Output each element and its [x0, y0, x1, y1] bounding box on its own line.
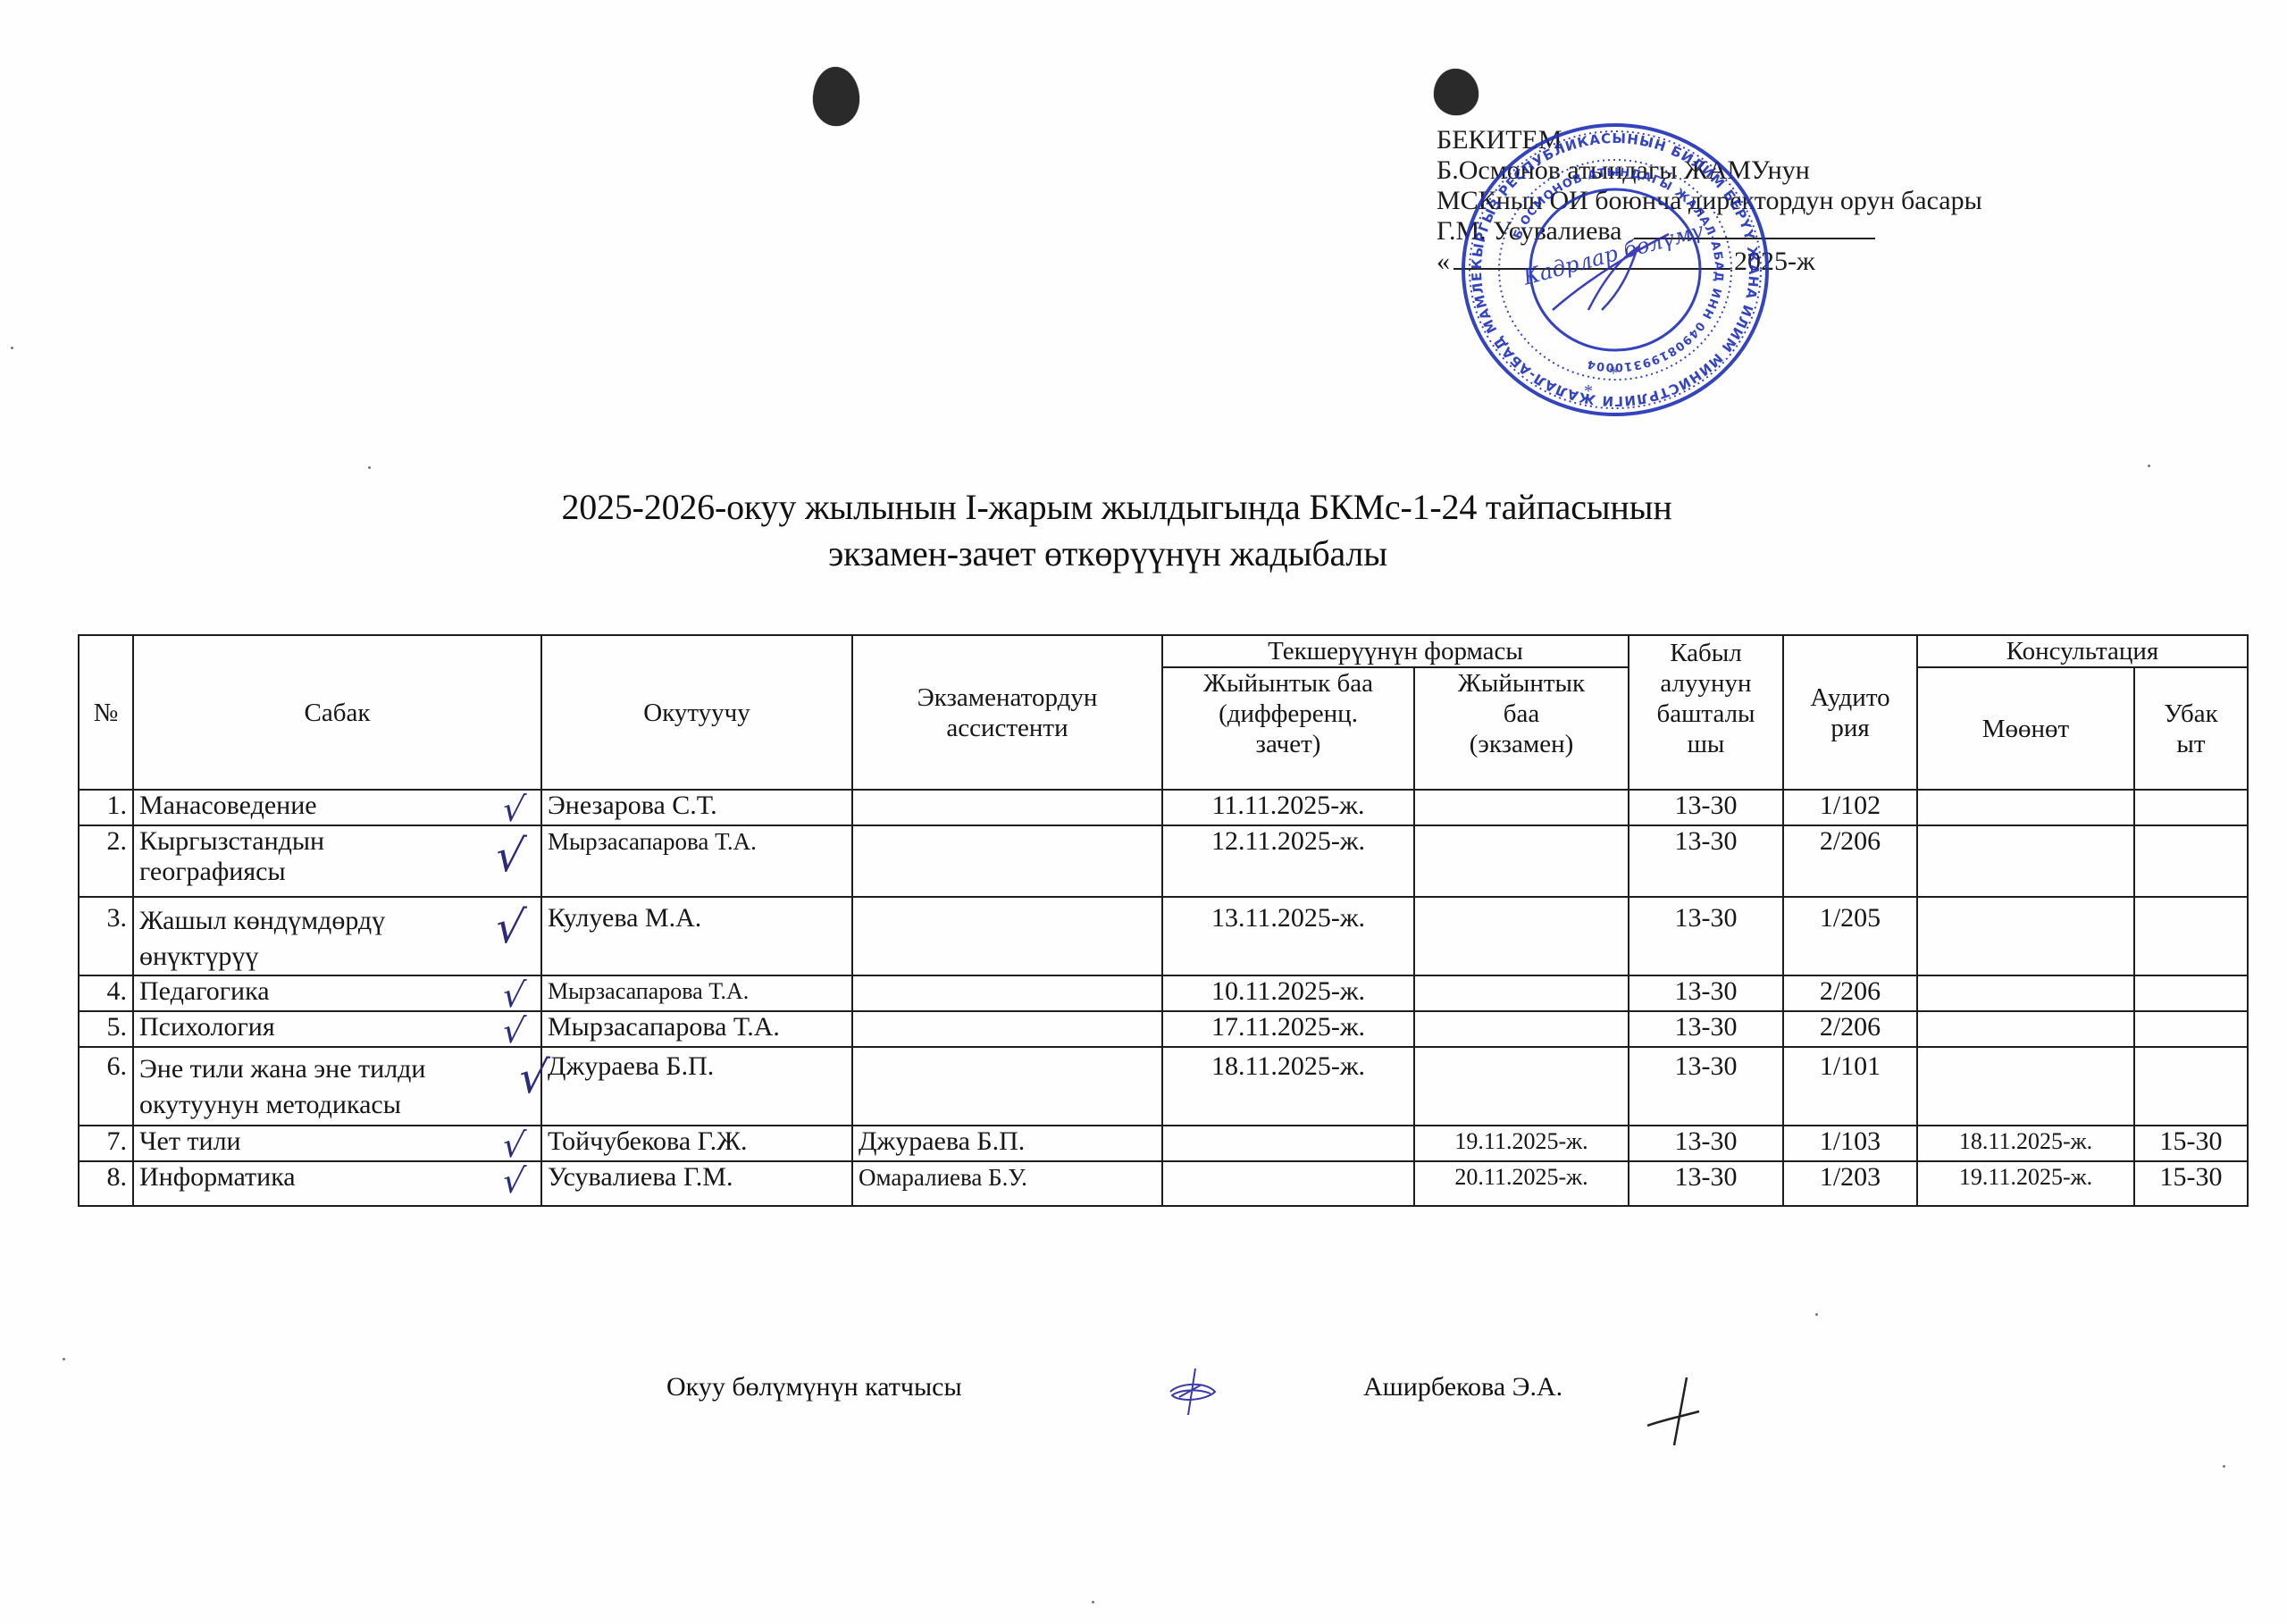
- row-subject: Чет тили√: [133, 1126, 541, 1161]
- row-start-time: 13-30: [1629, 1047, 1783, 1126]
- table-row: 2. Кыргызстандын географиясы√ Мырзасапар…: [79, 825, 2248, 897]
- row-consult-date: [1917, 897, 2134, 975]
- date-blank: [1453, 248, 1730, 270]
- row-assistant: Омаралиева Б.У.: [852, 1161, 1162, 1206]
- header-consult-date: Мөөнөт: [1917, 667, 2134, 790]
- row-credit-date: 12.11.2025-ж.: [1162, 825, 1414, 897]
- row-subject: Психология√: [133, 1011, 541, 1047]
- row-teacher: Тойчубекова Г.Ж.: [541, 1126, 852, 1161]
- table-row: 8. Информатика√ Усувалиева Г.М. Омаралие…: [79, 1161, 2248, 1206]
- header-subject: Сабак: [133, 635, 541, 790]
- row-exam-date: [1414, 1047, 1629, 1126]
- punch-hole-mark: [1434, 69, 1479, 115]
- row-consult-time: [2134, 975, 2248, 1011]
- row-consult-date: [1917, 825, 2134, 897]
- table-row: 6. Эне тили жана эне тилди окутуунун мет…: [79, 1047, 2248, 1126]
- row-num: 8.: [79, 1161, 133, 1206]
- row-room: 1/102: [1783, 790, 1917, 825]
- scan-speck: [2148, 465, 2150, 467]
- approval-signer: Г.М. Усувалиева: [1437, 216, 1621, 246]
- table-row: 5. Психология√ Мырзасапарова Т.А. 17.11.…: [79, 1011, 2248, 1047]
- row-num: 5.: [79, 1011, 133, 1047]
- row-start-time: 13-30: [1629, 790, 1783, 825]
- row-num: 1.: [79, 790, 133, 825]
- table-row: 1. Манасоведение√ Энезарова С.Т. 11.11.2…: [79, 790, 2248, 825]
- signature-icon: [1161, 1365, 1224, 1419]
- row-credit-date: [1162, 1161, 1414, 1206]
- scan-speck: [11, 347, 13, 349]
- table-header: № Сабак Окутуучу Экзаменатордун ассистен…: [79, 635, 2248, 790]
- row-num: 2.: [79, 825, 133, 897]
- exam-schedule-table: № Сабак Окутуучу Экзаменатордун ассистен…: [78, 634, 2249, 1207]
- row-consult-time: 15-30: [2134, 1126, 2248, 1161]
- header-start: Кабыл алуунун башталы шы: [1629, 635, 1783, 790]
- row-exam-date: [1414, 790, 1629, 825]
- row-room: 1/205: [1783, 897, 1917, 975]
- document-title: 2025-2026-окуу жылынын I-жарым жылдыгынд…: [0, 486, 2260, 529]
- table-row: 4. Педагогика√ Мырзасапарова Т.А. 10.11.…: [79, 975, 2248, 1011]
- table-body: 1. Манасоведение√ Энезарова С.Т. 11.11.2…: [79, 790, 2248, 1206]
- row-consult-time: 15-30: [2134, 1161, 2248, 1206]
- check-mark-icon: √: [500, 1128, 527, 1162]
- row-exam-date: [1414, 825, 1629, 897]
- scan-speck: [1092, 1601, 1094, 1603]
- check-mark-icon: √: [500, 1014, 527, 1048]
- row-num: 4.: [79, 975, 133, 1011]
- row-consult-time: [2134, 790, 2248, 825]
- check-mark-icon: √: [500, 978, 527, 1012]
- row-start-time: 13-30: [1629, 897, 1783, 975]
- row-credit-date: [1162, 1126, 1414, 1161]
- row-credit-date: 17.11.2025-ж.: [1162, 1011, 1414, 1047]
- header-assistant: Экзаменатордун ассистенти: [852, 635, 1162, 790]
- row-teacher: Энезарова С.Т.: [541, 790, 852, 825]
- row-teacher: Усувалиева Г.М.: [541, 1161, 852, 1206]
- row-consult-time: [2134, 897, 2248, 975]
- approval-date-line: «2025-ж: [1437, 247, 1982, 277]
- row-exam-date: 20.11.2025-ж.: [1414, 1161, 1629, 1206]
- row-subject: Информатика√: [133, 1161, 541, 1206]
- row-consult-date: [1917, 790, 2134, 825]
- row-consult-date: [1917, 975, 2134, 1011]
- header-form-credit: Жыйынтык баа (дифференц. зачет): [1162, 667, 1414, 790]
- row-start-time: 13-30: [1629, 1126, 1783, 1161]
- row-num: 7.: [79, 1126, 133, 1161]
- row-room: 2/206: [1783, 825, 1917, 897]
- document-subtitle: экзамен-зачет өткөрүүнүн жадыбалы: [0, 532, 2251, 575]
- row-start-time: 13-30: [1629, 975, 1783, 1011]
- row-exam-date: [1414, 975, 1629, 1011]
- row-subject: Жашыл көндүмдөрдү өнүктүрүү√: [133, 897, 541, 975]
- row-subject: Эне тили жана эне тилди окутуунун методи…: [133, 1047, 541, 1126]
- row-assistant: [852, 897, 1162, 975]
- svg-text:*: *: [1584, 381, 1593, 401]
- row-credit-date: 18.11.2025-ж.: [1162, 1047, 1414, 1126]
- row-teacher: Мырзасапарова Т.А.: [541, 825, 852, 897]
- approval-line-2: МСКнын ОИ боюнча директордун орун басары: [1437, 186, 1982, 216]
- footer-name: Аширбекова Э.А.: [1363, 1372, 1562, 1402]
- approval-block: БЕКИТЕМ Б.Осмонов атындагы ЖАМУнун МСКны…: [1437, 125, 1982, 277]
- header-consult-group: Консультация: [1917, 635, 2248, 667]
- row-exam-date: [1414, 1011, 1629, 1047]
- header-teacher: Окутуучу: [541, 635, 852, 790]
- check-mark-icon: √: [493, 833, 528, 878]
- header-room: Аудито рия: [1783, 635, 1917, 790]
- approval-signer-line: Г.М. Усувалиева: [1437, 216, 1982, 247]
- scan-speck: [368, 466, 371, 469]
- row-consult-time: [2134, 1011, 2248, 1047]
- approval-heading: БЕКИТЕМ: [1437, 125, 1982, 155]
- date-prefix: «: [1437, 247, 1450, 276]
- row-room: 1/203: [1783, 1161, 1917, 1206]
- row-teacher: Кулуева М.А.: [541, 897, 852, 975]
- row-assistant: Джураева Б.П.: [852, 1126, 1162, 1161]
- table-row: 7. Чет тили√ Тойчубекова Г.Ж. Джураева Б…: [79, 1126, 2248, 1161]
- row-exam-date: 19.11.2025-ж.: [1414, 1126, 1629, 1161]
- row-room: 1/103: [1783, 1126, 1917, 1161]
- header-form-group: Текшерүүнүн формасы: [1162, 635, 1629, 667]
- row-subject: Манасоведение√: [133, 790, 541, 825]
- row-teacher: Джураева Б.П.: [541, 1047, 852, 1126]
- row-room: 1/101: [1783, 1047, 1917, 1126]
- row-num: 6.: [79, 1047, 133, 1126]
- row-consult-date: [1917, 1011, 2134, 1047]
- row-start-time: 13-30: [1629, 1011, 1783, 1047]
- row-consult-date: 19.11.2025-ж.: [1917, 1161, 2134, 1206]
- row-teacher: Мырзасапарова Т.А.: [541, 975, 852, 1011]
- row-start-time: 13-30: [1629, 1161, 1783, 1206]
- scan-speck: [1815, 1313, 1818, 1316]
- svg-text:*: *: [1609, 364, 1618, 383]
- row-assistant: [852, 790, 1162, 825]
- punch-hole-mark: [813, 67, 859, 126]
- table-row: 3. Жашыл көндүмдөрдү өнүктүрүү√ Кулуева …: [79, 897, 2248, 975]
- check-mark-icon: √: [500, 1164, 527, 1198]
- row-assistant: [852, 825, 1162, 897]
- footer-role: Окуу бөлүмүнүн катчысы: [666, 1372, 962, 1402]
- row-exam-date: [1414, 897, 1629, 975]
- row-consult-time: [2134, 1047, 2248, 1126]
- date-suffix: 2025-ж: [1734, 247, 1815, 276]
- row-subject: Педагогика√: [133, 975, 541, 1011]
- scan-speck: [2223, 1465, 2225, 1468]
- approval-line-1: Б.Осмонов атындагы ЖАМУнун: [1437, 155, 1982, 186]
- row-num: 3.: [79, 897, 133, 975]
- row-credit-date: 10.11.2025-ж.: [1162, 975, 1414, 1011]
- row-teacher: Мырзасапарова Т.А.: [541, 1011, 852, 1047]
- row-subject: Кыргызстандын географиясы√: [133, 825, 541, 897]
- signature-icon: [1644, 1376, 1706, 1447]
- header-form-exam: Жыйынтык баа (экзамен): [1414, 667, 1629, 790]
- check-mark-icon: √: [500, 792, 527, 826]
- row-consult-date: [1917, 1047, 2134, 1126]
- row-credit-date: 13.11.2025-ж.: [1162, 897, 1414, 975]
- row-assistant: [852, 1047, 1162, 1126]
- row-consult-time: [2134, 825, 2248, 897]
- row-start-time: 13-30: [1629, 825, 1783, 897]
- row-consult-date: 18.11.2025-ж.: [1917, 1126, 2134, 1161]
- check-mark-icon: √: [493, 905, 528, 950]
- signature-blank: [1634, 218, 1875, 239]
- row-assistant: [852, 975, 1162, 1011]
- document-page: БЕКИТЕМ Б.Осмонов атындагы ЖАМУнун МСКны…: [0, 0, 2287, 1624]
- header-consult-time: Убак ыт: [2134, 667, 2248, 790]
- row-assistant: [852, 1011, 1162, 1047]
- header-num: №: [79, 635, 133, 790]
- scan-speck: [63, 1358, 65, 1360]
- row-room: 2/206: [1783, 1011, 1917, 1047]
- row-room: 2/206: [1783, 975, 1917, 1011]
- row-credit-date: 11.11.2025-ж.: [1162, 790, 1414, 825]
